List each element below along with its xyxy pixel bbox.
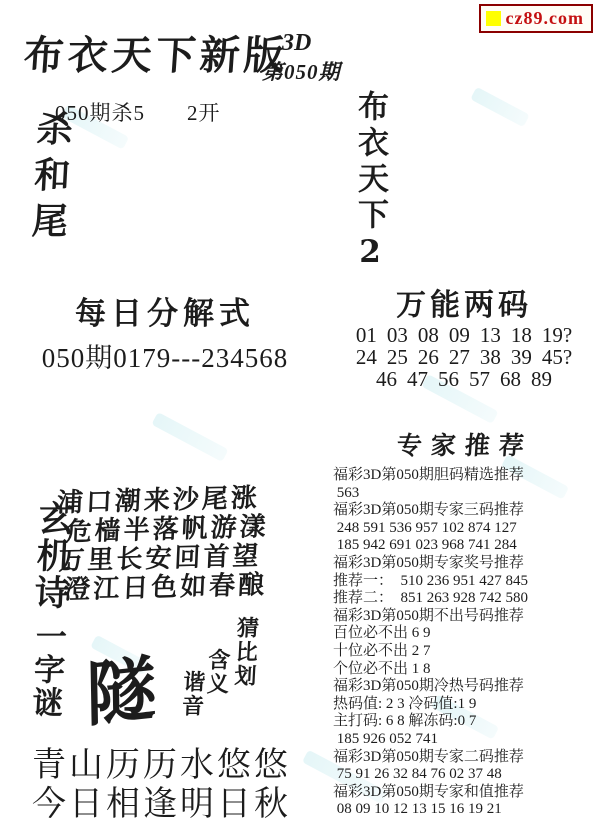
expert-line: 个位必不出 1 8 [333,661,597,679]
code-cell: 19? [542,325,572,346]
code-cell: 03 [387,325,408,346]
mystery-poem: 浦口潮来沙尾涨 危樯半落帆游漾 万里长安回首望 澄江日色如春酿 [57,482,330,605]
kill-sum-tail-vertical: 杀和尾 [20,110,79,270]
expert-line: 75 91 26 32 84 76 02 37 48 [333,766,597,784]
sheet-edition: 3D [282,30,311,57]
daily-decompose-line: 050期0179---234568 [0,336,330,375]
code-cell: 45? [542,347,572,368]
expert-line: 248 591 536 957 102 874 127 [333,520,597,538]
site-badge-link[interactable]: cz89.com [479,4,593,33]
expert-line: 563 [333,485,597,503]
code-cell: 13 [480,325,501,346]
two-codes-title: 万能两码 [338,280,590,324]
watermark-mark [470,87,530,128]
two-codes-row: 01030809131819? [338,325,590,346]
daily-decompose-section: 每日分解式 050期0179---234568 [0,288,330,375]
two-codes-section: 万能两码 01030809131819? 24252627383945? 464… [338,280,590,390]
code-cell: 68 [500,369,521,390]
expert-line: 推荐一： 510 236 951 427 845 [333,573,597,591]
code-cell: 57 [469,369,490,390]
kill-line: 050期杀52开 [55,97,221,127]
two-codes-row: 24252627383945? [338,347,590,368]
bottom-couplet-line: 青山历历水悠悠 [32,746,291,785]
riddle-character: 隧 [85,632,156,741]
expert-line: 福彩3D第050期胆码精选推荐 [333,467,597,485]
code-cell: 27 [449,347,470,368]
bottom-couplet: 青山历历水悠悠 今日相逢明日秋 [32,746,291,824]
riddle-hint-homophone: 谐音 [176,670,210,724]
code-cell: 56 [438,369,459,390]
watermark-mark [151,412,228,462]
code-cell: 39 [511,347,532,368]
sheet-issue: 第050期 [262,56,341,86]
code-cell: 47 [407,369,428,390]
daily-decompose-title: 每日分解式 [0,288,330,333]
code-cell: 26 [418,347,439,368]
site-badge-text: cz89.com [506,8,584,29]
bottom-couplet-line: 今日相逢明日秋 [32,785,291,824]
code-cell: 25 [387,347,408,368]
expert-line: 185 926 052 741 [333,731,597,749]
expert-recommend-section: 专家推荐 福彩3D第050期胆码精选推荐 563 福彩3D第050期专家三码推荐… [333,426,597,819]
expert-line: 十位必不出 2 7 [333,643,597,661]
kill-line-right: 2开 [187,101,221,125]
code-cell: 09 [449,325,470,346]
expert-line: 08 09 10 12 13 15 16 19 21 [333,801,597,819]
code-cell: 89 [531,369,552,390]
expert-line: 推荐二： 851 263 928 742 580 [333,590,597,608]
brand-vertical: 布衣天下2 [348,90,393,275]
expert-line: 百位必不出 6 9 [333,625,597,643]
expert-line: 主打码: 6 8 解冻码:0 7 [333,713,597,731]
code-cell: 46 [376,369,397,390]
expert-line: 热码值: 2 3 冷码值:1 9 [333,696,597,714]
code-cell: 01 [356,325,377,346]
code-cell: 24 [356,347,377,368]
expert-line: 福彩3D第050期不出号码推荐 [333,608,597,626]
code-cell: 08 [418,325,439,346]
lottery-tip-sheet: cz89.com 布衣天下新版 3D 第050期 050期杀52开 杀和尾 布衣… [0,0,600,838]
two-codes-row: 464756576889 [338,369,590,390]
expert-line: 福彩3D第050期专家三码推荐 [333,502,597,520]
expert-recommend-title: 专家推荐 [332,426,599,462]
expert-line: 福彩3D第050期冷热号码推荐 [333,678,597,696]
sheet-title: 布衣天下新版 [22,24,290,81]
expert-line: 福彩3D第050期专家奖号推荐 [333,555,597,573]
expert-line: 185 942 691 023 968 741 284 [333,537,597,555]
code-cell: 38 [480,347,501,368]
mystery-poem-line: 澄江日色如春酿 [64,569,330,605]
expert-line: 福彩3D第050期专家和值推荐 [333,784,597,802]
riddle-label: 一字谜 [21,620,71,720]
code-cell: 18 [511,325,532,346]
expert-line: 福彩3D第050期专家二码推荐 [333,749,597,767]
yellow-square-icon [486,11,501,26]
